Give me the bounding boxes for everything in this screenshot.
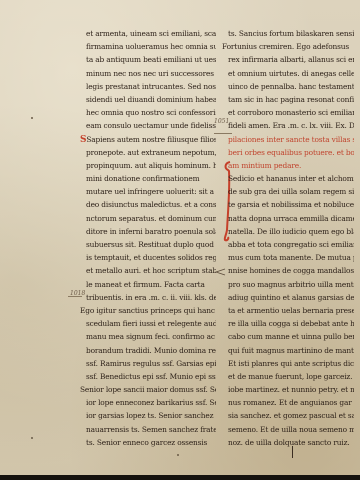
text-line: noz. de uilla dolquate sancto ruiz.: [228, 436, 354, 449]
text-line: semeno. Et de uilla noua semeno mu: [228, 423, 354, 436]
text-line: mus cum tota manente. De mutua pello: [228, 251, 354, 264]
text-line: natta dopna urraca emmilla dicamel: [228, 212, 354, 225]
text-line: eam consulo uectamur unde fidelissime am…: [86, 119, 216, 132]
text-line: ts. Sancius fortum bilaskaren sensis ts.: [228, 27, 354, 40]
ink-stroke-mark: [292, 446, 293, 458]
text-line: sidendi uel diuandi dominium habeat m: [86, 93, 216, 106]
text-line: le maneat et firmum. Facta carta: [86, 278, 216, 291]
text-line: pro suo magnus arbitrio uilla mente: [228, 278, 354, 291]
text-line-rubric-initial: SSapiens autem nostre filiusque filios n…: [80, 133, 216, 146]
text-line: borandum tradidi. Munio domina regina: [86, 344, 216, 357]
text-line: deo disiunctus maledictus. et a consorti…: [86, 198, 216, 211]
text-line: et metallo auri. et hoc scriptum stabi: [86, 264, 216, 277]
text-line: abba et tota congregatio sci emiliani ha…: [228, 238, 354, 251]
text-line: scedulam fieri iussi et relegente audiui: [86, 317, 216, 330]
text-line: natella. De illo iudicio quem ego blasiu…: [228, 225, 354, 238]
text-line: iobe martinez. et nunnio petry. et mar: [228, 383, 354, 396]
text-line: legis prestanat intrucantes. Sed nos pos: [86, 80, 216, 93]
text-line: pronepote. aut extraneum nepotum, aut: [86, 146, 216, 159]
rubric-line: am mintium pedare.: [228, 159, 354, 172]
text-line: ta ab antiquum beati emiliani ut uestibu…: [86, 53, 216, 66]
text-line: uinco de pennalba. hanc testamentum pos: [228, 80, 354, 93]
text-line: is temptauit, et ducentes solidos regi: [86, 251, 216, 264]
text-line: Fortunius cremiren. Ego adefonsus: [222, 40, 354, 53]
rubric-line: pilaciones inter sancte tosta villas sce: [228, 133, 354, 146]
text-line: ssf. Ramirus regulus ssf. Garsias epi: [86, 357, 216, 370]
text-line: et armenta, uineam sci emiliani, sca uer…: [86, 27, 216, 40]
text-line: tam sic in hac pagina resonat confirmo: [228, 93, 354, 106]
manuscript-page: 1018 1051 et armenta, uineam sci emilian…: [0, 0, 360, 475]
text-line: subuersus sit. Restituat duplo quod: [86, 238, 216, 251]
text-line: tribuentis. in era .m. c. ii. viii. kls.…: [86, 291, 216, 304]
ink-spot: [31, 437, 33, 439]
text-line: mutare uel infringere uoluerit: sit a: [86, 185, 216, 198]
left-text-column: et armenta, uineam sci emiliani, sca uer…: [86, 27, 216, 449]
text-line: firmamina uolueramus hec omnia supascrip: [86, 40, 216, 53]
text-line: de sub gra dei uilla solam regem sine ce…: [228, 185, 354, 198]
text-line: et de manue fuerunt, lope garceiz. et: [228, 370, 354, 383]
text-line: sia sanchez. et gomez pascual et sanc: [228, 409, 354, 422]
text-line: et omnium uirtutes. di anegas cellero at…: [228, 67, 354, 80]
text-line: re illa uilla cogga si debebat ante hoc: [228, 317, 354, 330]
text-line: adiug quintino et alanus garsias de iust: [228, 291, 354, 304]
text-line: ts. Senior enneco garcez ossensis: [86, 436, 216, 449]
text-line: minum nec nos nec uri successores ipus: [86, 67, 216, 80]
page-bottom-edge: [0, 475, 360, 480]
text-line: nauarrensis ts. Semen sanchez frater ei: [86, 423, 216, 436]
text-line: Sapiens autem nostre filiusque filios ne…: [86, 135, 216, 144]
text-line: ior garsias lopez ts. Senior sanchez: [86, 409, 216, 422]
text-line: nus romanez. Et de anguianos gar: [228, 396, 354, 409]
text-line: ssf. Benedictus epi ssf. Munio epi ssf.: [86, 370, 216, 383]
text-line: mini donatione confirmationem: [86, 172, 216, 185]
text-line: nctorum separatus. et dominum cum iuda t…: [86, 212, 216, 225]
text-line: Sedicio et hananus inter et alchommune: [228, 172, 354, 185]
margin-note-left: 1018: [70, 290, 85, 297]
text-line: cabo cum manne et uinna pullo berore: [228, 330, 354, 343]
text-line: ta et armentio uelas bernaria presenti: [228, 304, 354, 317]
text-line: hec omnia quo nostro sci confessoris rel…: [86, 106, 216, 119]
text-line: manu mea signum feci. confirmo ac ro: [86, 330, 216, 343]
ink-spot: [31, 117, 33, 119]
text-line: ditore in inferni baratro poenula sola: [86, 225, 216, 238]
text-line: rex infirmaria albarti, allanus sci emil…: [228, 53, 354, 66]
text-line: Senior lope sancii maior domus ssf. Sen: [80, 383, 216, 396]
text-line: ior lope enneconez barikarius ssf. Sen: [86, 396, 216, 409]
text-line: Et isti planres qui ante scriptus dicunt…: [228, 357, 354, 370]
text-line: fideli amen. Era .m. c. lx. viii. Ex. De: [228, 119, 354, 132]
margin-note-right: 1051: [214, 118, 229, 125]
text-line: qui fuit magnus martinino de mante: [228, 344, 354, 357]
text-line: Ego igitur sanctius princeps qui hanc: [80, 304, 216, 317]
rubric-line: beri orbes equalibus potuere. et bominum: [228, 146, 354, 159]
text-line: et corroboro monasterio sci emiliani gra…: [228, 106, 354, 119]
text-line: nnise homines de cogga mandallos ua: [228, 264, 354, 277]
right-text-column: ts. Sancius fortum bilaskaren sensis ts.…: [228, 27, 354, 449]
text-line: te garsia et nobilissima et nobiluce eam: [228, 198, 354, 211]
ink-spot: [177, 454, 179, 456]
insertion-mark-icon: [214, 263, 226, 281]
text-line: propinquum. aut aliquis hominum. hec: [86, 159, 216, 172]
